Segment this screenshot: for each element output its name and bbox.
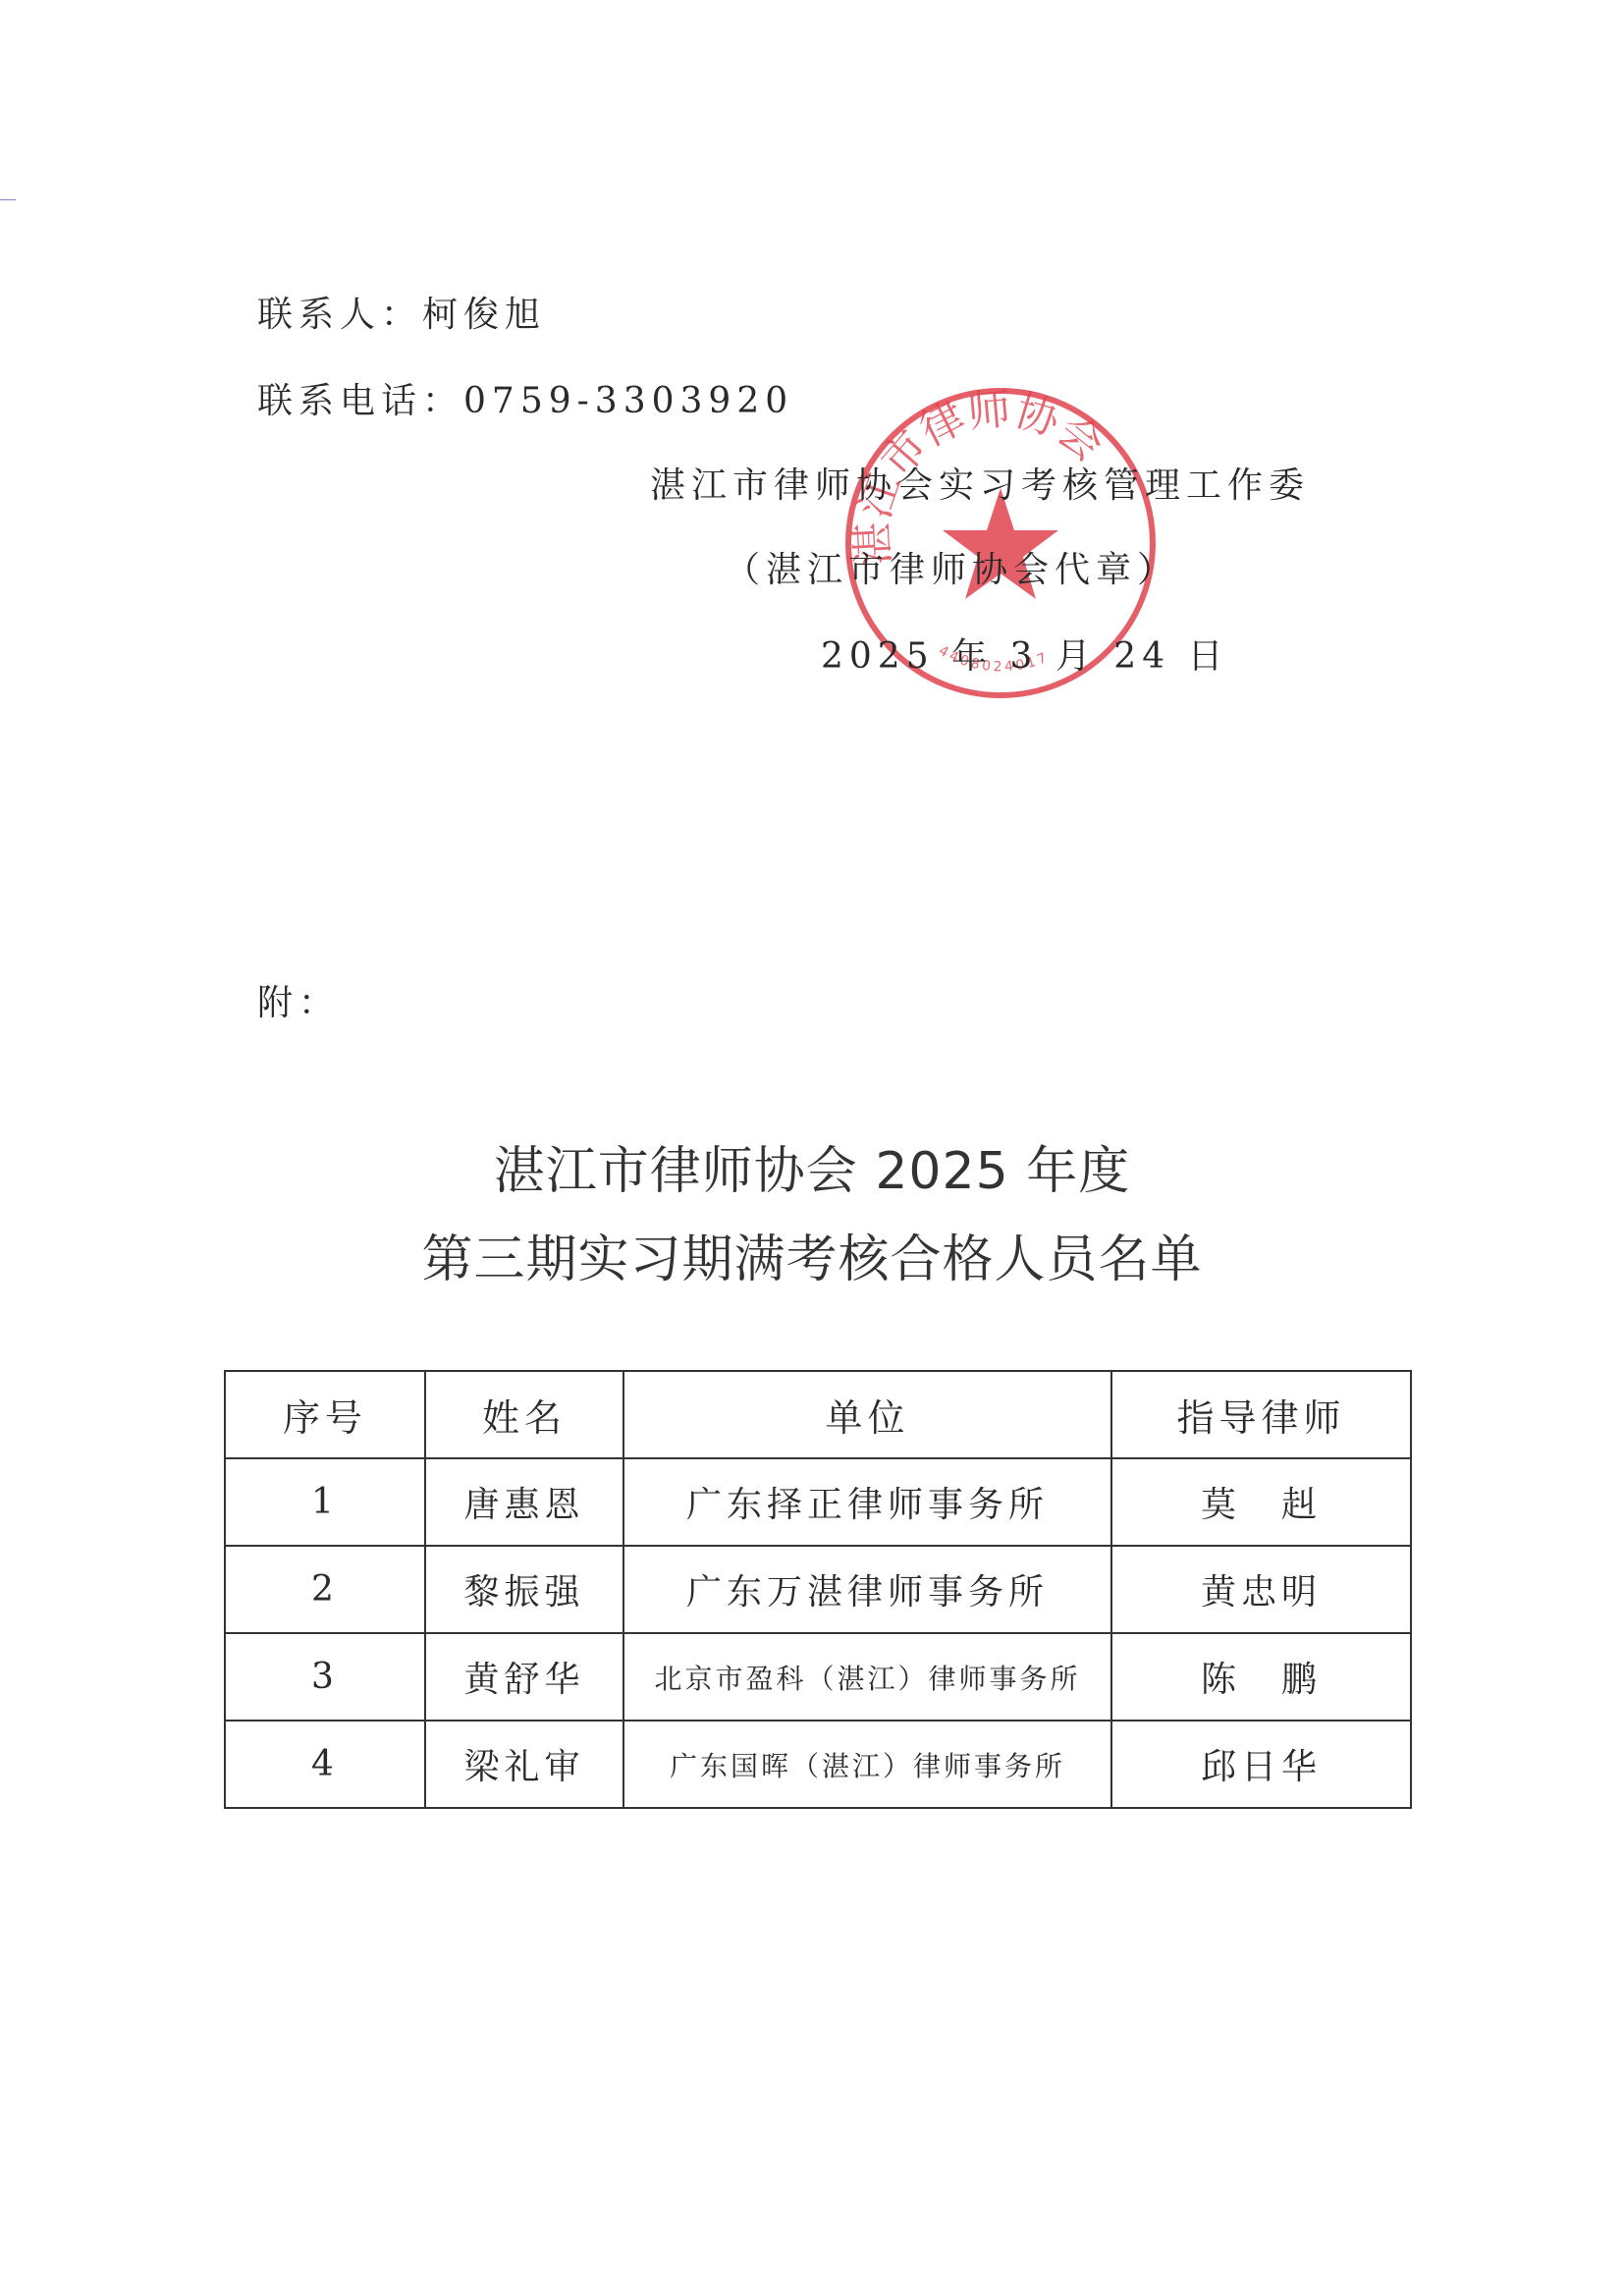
cell-unit: 广东择正律师事务所 <box>623 1458 1111 1546</box>
cell-mentor: 邱日华 <box>1111 1721 1411 1808</box>
cell-unit: 广东国晖（湛江）律师事务所 <box>623 1721 1111 1808</box>
contact-person: 联系人：柯俊旭 <box>257 287 546 337</box>
header-mentor: 指导律师 <box>1111 1371 1411 1458</box>
table-header-row: 序号 姓名 单位 指导律师 <box>225 1371 1411 1458</box>
contact-phone-label: 联系电话： <box>257 381 463 421</box>
cell-unit: 北京市盈科（湛江）律师事务所 <box>623 1633 1111 1721</box>
table-row: 2 黎振强 广东万湛律师事务所 黄忠明 <box>225 1546 1411 1633</box>
scan-edge-mark <box>0 199 16 200</box>
list-title-line1: 湛江市律师协会 2025 年度 <box>0 1129 1624 1203</box>
cell-serial: 1 <box>225 1458 425 1546</box>
issue-date: 2025 年 3 月 24 日 <box>821 629 1229 679</box>
contact-person-label: 联系人： <box>257 295 422 335</box>
cell-mentor: 黄忠明 <box>1111 1546 1411 1633</box>
table-row: 4 梁礼审 广东国晖（湛江）律师事务所 邱日华 <box>225 1721 1411 1808</box>
list-title-line2: 第三期实习期满考核合格人员名单 <box>0 1218 1624 1291</box>
header-name: 姓名 <box>425 1371 623 1458</box>
cell-name: 梁礼审 <box>425 1721 623 1808</box>
header-unit: 单位 <box>623 1371 1111 1458</box>
contact-phone: 联系电话：0759-3303920 <box>257 373 793 423</box>
cell-serial: 2 <box>225 1546 425 1633</box>
qualified-personnel-table: 序号 姓名 单位 指导律师 1 唐惠恩 广东择正律师事务所 莫 赳 2 黎振强 … <box>224 1370 1412 1809</box>
cell-mentor: 陈 鹏 <box>1111 1633 1411 1721</box>
cell-name: 唐惠恩 <box>425 1458 623 1546</box>
cell-unit: 广东万湛律师事务所 <box>623 1546 1111 1633</box>
seal-proxy-note: （湛江市律师协会代章） <box>725 542 1178 592</box>
contact-phone-number: 0759-3303920 <box>463 381 793 421</box>
cell-serial: 4 <box>225 1721 425 1808</box>
cell-mentor: 莫 赳 <box>1111 1458 1411 1546</box>
contact-person-name: 柯俊旭 <box>422 295 546 335</box>
table-row: 3 黄舒华 北京市盈科（湛江）律师事务所 陈 鹏 <box>225 1633 1411 1721</box>
cell-serial: 3 <box>225 1633 425 1721</box>
table-row: 1 唐惠恩 广东择正律师事务所 莫 赳 <box>225 1458 1411 1546</box>
issuing-organization: 湛江市律师协会实习考核管理工作委 <box>650 458 1310 508</box>
cell-name: 黄舒华 <box>425 1633 623 1721</box>
cell-name: 黎振强 <box>425 1546 623 1633</box>
appendix-label: 附： <box>257 975 340 1025</box>
header-serial: 序号 <box>225 1371 425 1458</box>
